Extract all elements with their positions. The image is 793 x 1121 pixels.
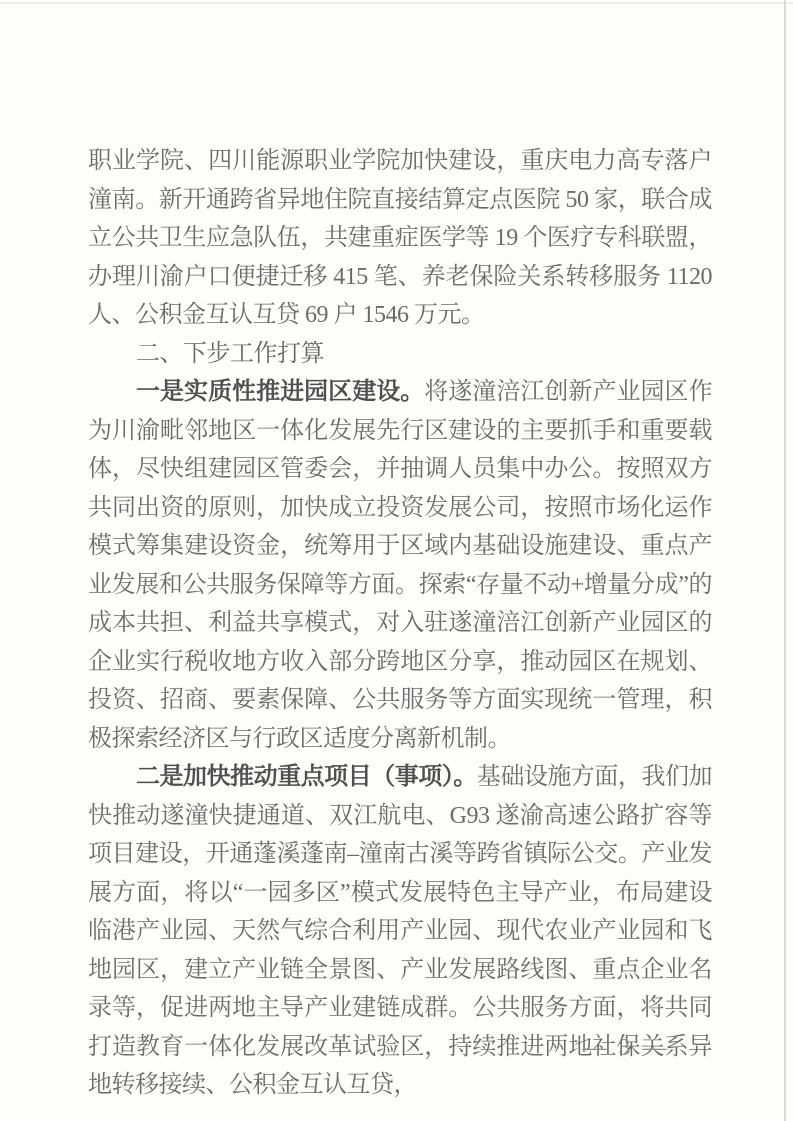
document-body: 职业学院、四川能源职业学院加快建设，重庆电力高专落户潼南。新开通跨省异地住院直接… (88, 142, 712, 1105)
paragraph-lead-in-bold: 二是加快推动重点项目（事项）。 (136, 764, 477, 790)
page-number: — 3 — (556, 1033, 696, 1063)
paragraph-lead-in-bold: 一是实质性推进园区建设。 (136, 379, 424, 405)
scanned-document-page: 职业学院、四川能源职业学院加快建设，重庆电力高专落户潼南。新开通跨省异地住院直接… (0, 0, 793, 1121)
paragraph: 一是实质性推进园区建设。将遂潼涪江创新产业园区作为川渝毗邻地区一体化发展先行区建… (88, 373, 712, 758)
scan-edge-right-line (784, 0, 786, 1121)
paragraph-text: 二、下步工作打算 (136, 341, 324, 367)
paragraph: 职业学院、四川能源职业学院加快建设，重庆电力高专落户潼南。新开通跨省异地住院直接… (88, 142, 712, 335)
scan-edge-top-line (0, 2, 793, 4)
section-heading: 二、下步工作打算 (88, 335, 712, 374)
paragraph-text: 将遂潼涪江创新产业园区作为川渝毗邻地区一体化发展先行区建设的主要抓手和重要载体，… (88, 379, 712, 752)
paragraph-text: 职业学院、四川能源职业学院加快建设，重庆电力高专落户潼南。新开通跨省异地住院直接… (88, 148, 712, 328)
